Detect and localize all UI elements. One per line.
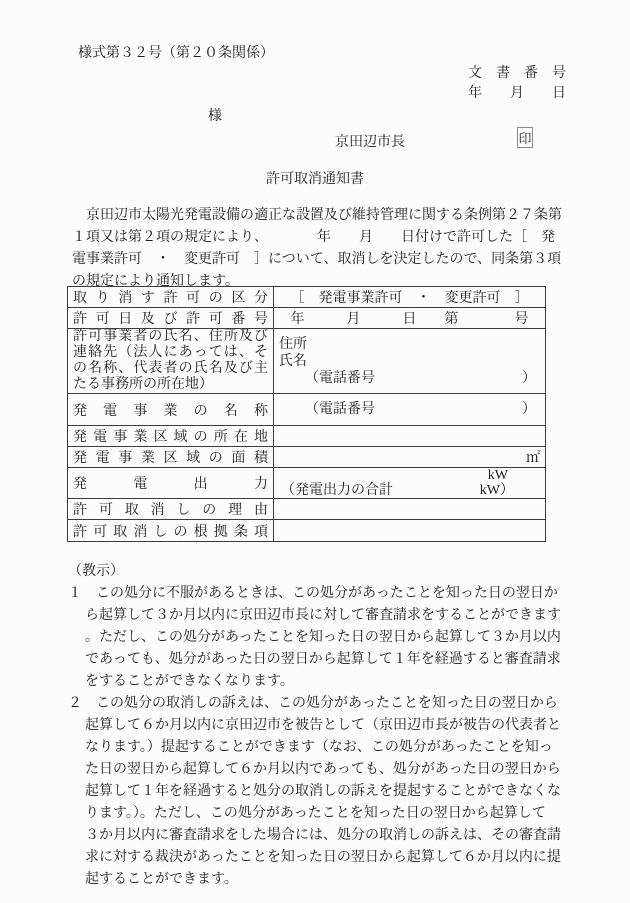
notes-list: １ この処分に不服があるときは、この処分があったことを知った日の翌日から起算して… bbox=[68, 583, 583, 891]
phone-label: （電話番号 bbox=[305, 370, 375, 387]
table-row-power-output: 発電出力 kW （発電出力の合計 kW） bbox=[68, 468, 546, 499]
phone-number-line: （電話番号 ） bbox=[279, 401, 540, 418]
row-value: ［ 発電事業許可 ・ 変更許可 ］ bbox=[274, 287, 546, 308]
body-line: 京田辺市太陽光発電設備の適正な設置及び維持管理に関する条例第２７条第 bbox=[72, 205, 584, 227]
kw-total-close: kW） bbox=[480, 483, 514, 498]
note-line: ３か月以内に審査請求をした場合には、処分の取消しの訴えは、その審査請 bbox=[68, 825, 583, 847]
phone-close-paren: ） bbox=[522, 370, 536, 387]
note-line: 起算して６か月以内に京田辺市を被告として（京田辺市長が被告の代表者と bbox=[68, 715, 583, 737]
row-value: 年 月 日 第 号 bbox=[274, 308, 546, 329]
notes-section: （教示） １ この処分に不服があるときは、この処分があったことを知った日の翌日か… bbox=[68, 561, 583, 891]
phone-close-paren: ） bbox=[522, 401, 536, 418]
form-number: 様式第３２号（第２０条関係） bbox=[78, 42, 274, 62]
doc-number-label: 文 書 番 号 bbox=[468, 64, 566, 84]
note-line: であっても、処分があった日の翌日から起算して１年を経過すると審査請求 bbox=[68, 649, 583, 671]
table-row-cancellation-reason: 許可取消しの理由 bbox=[68, 499, 546, 520]
row-label: 発電事業区域の所在地 bbox=[68, 426, 274, 447]
row-value: 住所 氏名 （電話番号 ） bbox=[274, 329, 546, 394]
date-line: 年 月 日 bbox=[468, 84, 566, 104]
note-line: た日の翌日から起算して６か月以内であっても、処分があった日の翌日から bbox=[68, 759, 583, 781]
note-line: 起算して１年を経過すると処分の取消しの訴えを提起することができなくな bbox=[68, 781, 583, 803]
row-label: 発電事業の名称 bbox=[68, 394, 274, 426]
row-value bbox=[274, 520, 546, 542]
sender-name: 京田辺市長 bbox=[335, 131, 405, 151]
body-line: １項又は第２項の規定により、 年 月 日付けで許可した［ 発 bbox=[72, 227, 584, 249]
address-label: 住所 bbox=[279, 336, 540, 353]
note-line: ら起算して３か月以内に京田辺市長に対して審査請求をすることができます bbox=[68, 605, 583, 627]
detail-table: 取り消す許可の区分 ［ 発電事業許可 ・ 変更許可 ］ 許可日及び許可番号 年 … bbox=[67, 286, 546, 542]
phone-label: （電話番号 bbox=[305, 401, 375, 418]
table-row-zone-area: 発電事業区域の面積 ㎡ bbox=[68, 447, 546, 468]
row-label: 発電出力 bbox=[68, 468, 274, 499]
phone-number-line: （電話番号 ） bbox=[279, 370, 540, 387]
row-value bbox=[274, 426, 546, 447]
row-label: 許可取消しの根拠条項 bbox=[68, 520, 274, 542]
note-line: １ この処分に不服があるときは、この処分があったことを知った日の翌日か bbox=[68, 583, 583, 605]
row-label: 許可取消しの理由 bbox=[68, 499, 274, 520]
document-page: 様式第３２号（第２０条関係） 文 書 番 号 年 月 日 様 京田辺市長 印 許… bbox=[0, 0, 630, 903]
total-output-line: （発電出力の合計 kW） bbox=[279, 483, 540, 498]
note-line: 起することができます。 bbox=[68, 869, 583, 891]
kw-unit: kW bbox=[279, 468, 540, 483]
body-line: 電事業許可 ・ 変更許可 ］について、取消しを決定したので、同条第３項 bbox=[72, 249, 584, 271]
note-line: なります。）提起することができます（なお、この処分があったことを知っ bbox=[68, 737, 583, 759]
document-title: 許可取消通知書 bbox=[0, 168, 630, 188]
area-unit: ㎡ bbox=[274, 447, 546, 468]
note-line: 。ただし、この処分があったことを知った日の翌日から起算して３か月以内 bbox=[68, 627, 583, 649]
table-row-business-name: 発電事業の名称 （電話番号 ） bbox=[68, 394, 546, 426]
table-row-cancellation-basis: 許可取消しの根拠条項 bbox=[68, 520, 546, 542]
body-paragraph: 京田辺市太陽光発電設備の適正な設置及び維持管理に関する条例第２７条第１項又は第２… bbox=[72, 205, 584, 293]
row-label: 許可事業者の氏名、住所及び連絡先（法人にあっては、その名称、代表者の氏名及び主た… bbox=[68, 329, 274, 394]
addressee-suffix: 様 bbox=[208, 105, 222, 125]
row-label: 許可日及び許可番号 bbox=[68, 308, 274, 329]
note-line: をすることができなくなります。 bbox=[68, 671, 583, 693]
note-item: １ この処分に不服があるときは、この処分があったことを知った日の翌日から起算して… bbox=[68, 583, 583, 693]
row-label: 発電事業区域の面積 bbox=[68, 447, 274, 468]
name-label: 氏名 bbox=[279, 353, 540, 370]
doc-number-block: 文 書 番 号 年 月 日 bbox=[468, 64, 566, 104]
table-row-zone-location: 発電事業区域の所在地 bbox=[68, 426, 546, 447]
table-row-permit-category: 取り消す許可の区分 ［ 発電事業許可 ・ 変更許可 ］ bbox=[68, 287, 546, 308]
row-label: 取り消す許可の区分 bbox=[68, 287, 274, 308]
note-line: ２ この処分の取消しの訴えは、この処分があったことを知った日の翌日から bbox=[68, 693, 583, 715]
row-value bbox=[274, 499, 546, 520]
seal-box: 印 bbox=[517, 127, 533, 148]
note-line: 求に対する裁決があったことを知った日の翌日から起算して６か月以内に提 bbox=[68, 847, 583, 869]
row-value: kW （発電出力の合計 kW） bbox=[274, 468, 546, 499]
total-output-label: （発電出力の合計 bbox=[281, 483, 393, 498]
table-row-permit-date-number: 許可日及び許可番号 年 月 日 第 号 bbox=[68, 308, 546, 329]
note-item: ２ この処分の取消しの訴えは、この処分があったことを知った日の翌日から起算して６… bbox=[68, 693, 583, 891]
notes-heading: （教示） bbox=[68, 561, 583, 583]
table-row-operator-info: 許可事業者の氏名、住所及び連絡先（法人にあっては、その名称、代表者の氏名及び主た… bbox=[68, 329, 546, 394]
note-line: ります。）。ただし、この処分があったことを知った日の翌日から起算して bbox=[68, 803, 583, 825]
row-value: （電話番号 ） bbox=[274, 394, 546, 426]
